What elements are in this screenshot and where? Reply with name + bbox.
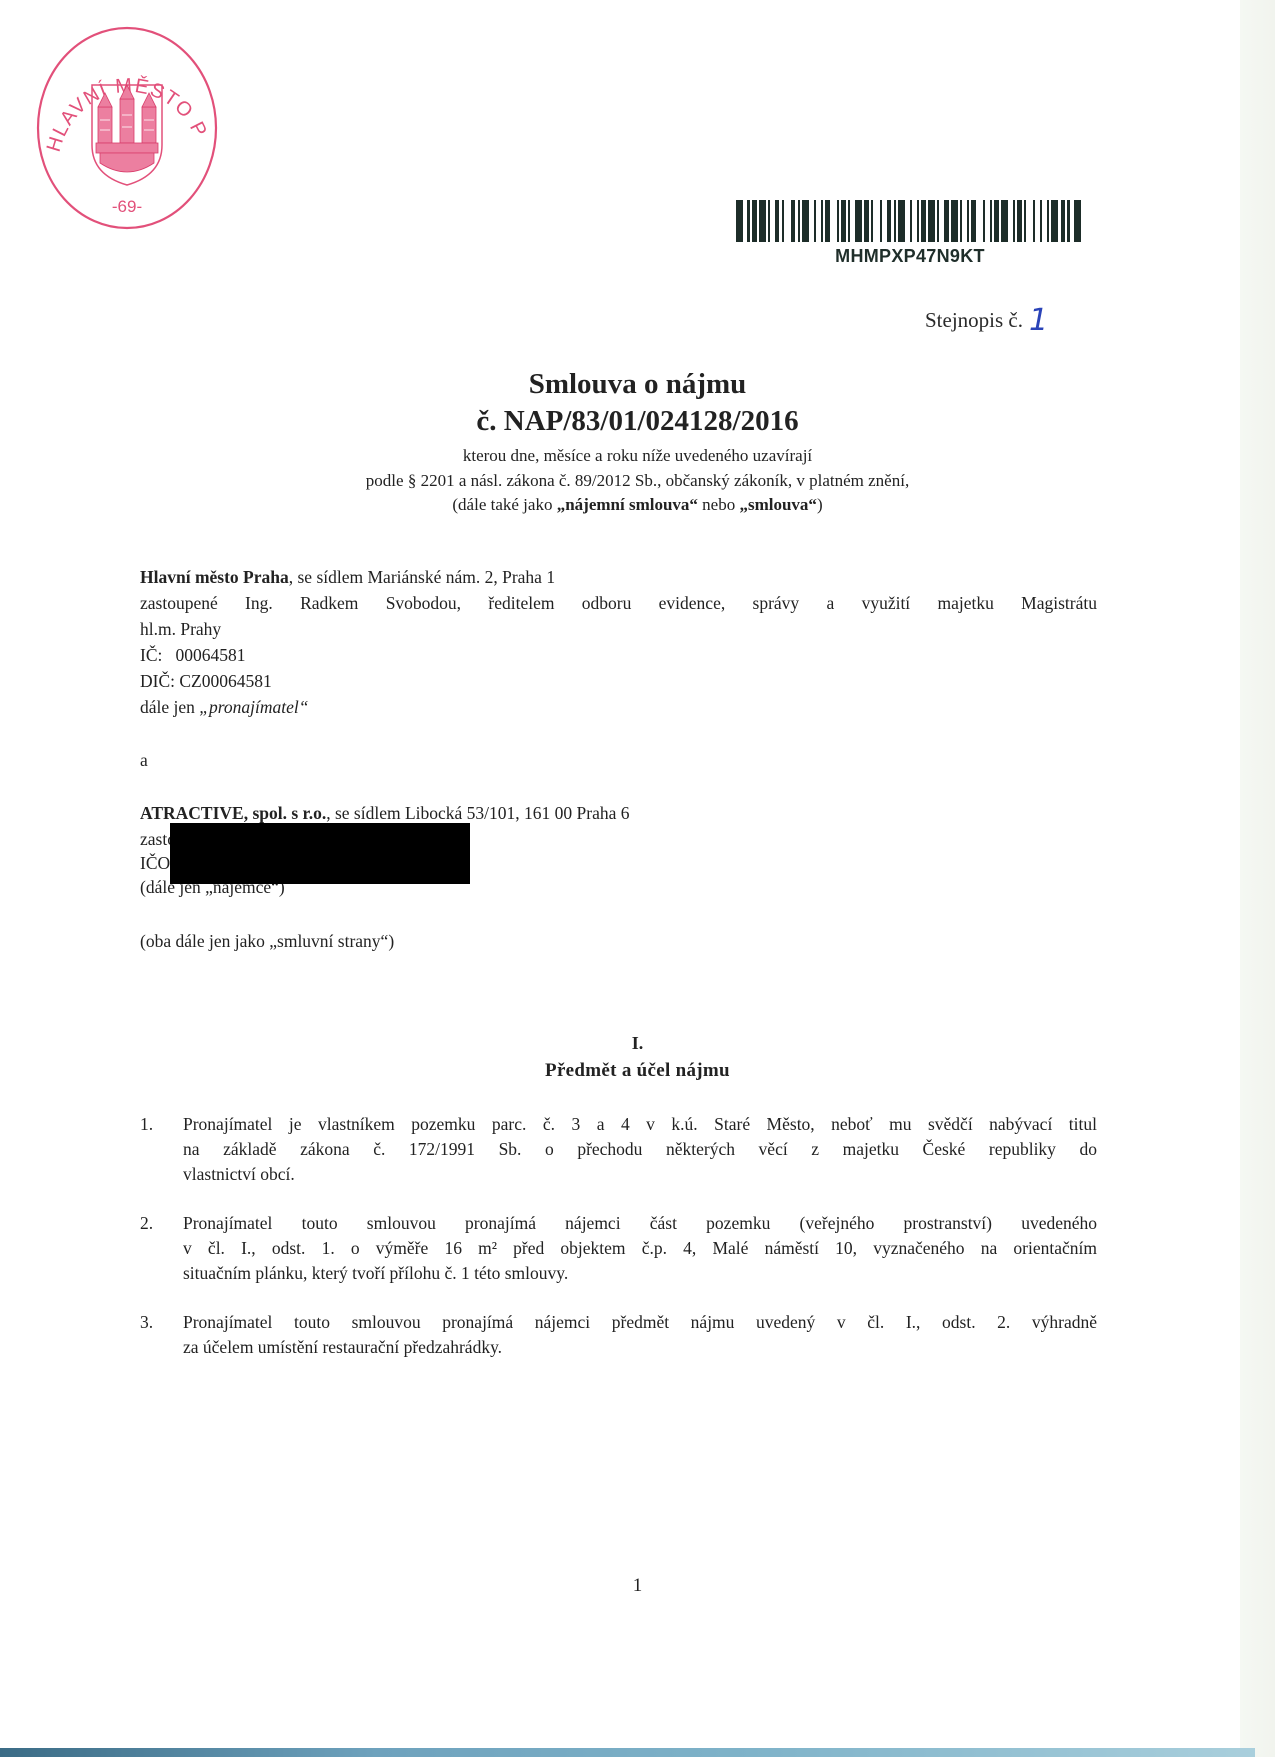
redaction-box <box>170 823 470 884</box>
lessee-name-line: ATRACTIVE, spol. s r.o., se sídlem Liboc… <box>140 803 630 824</box>
lessor-alias: dále jen „pronajímatel“ <box>140 697 309 718</box>
barcode-bar <box>759 200 766 242</box>
lessor-dic: DIČ: CZ00064581 <box>140 671 272 692</box>
item-text-line: situačním plánku, který tvoří přílohu č.… <box>183 1261 1097 1286</box>
stamp-number: -69- <box>112 197 142 216</box>
parties-note: (oba dále jen jako „smluvní strany“) <box>140 931 394 952</box>
document-barcode <box>736 200 1084 242</box>
copy-number: Stejnopis č.1 <box>925 303 1048 338</box>
scan-bottom-band <box>0 1748 1255 1757</box>
lessor-address: , se sídlem Mariánské nám. 2, Praha 1 <box>289 567 555 587</box>
official-stamp: HLAVNÍ MĚSTO PRAHA -69- <box>34 25 220 231</box>
barcode-code: MHMPXP47N9KT <box>736 246 1084 267</box>
item-number: 3. <box>140 1310 153 1335</box>
item-text-line: vlastnictví obcí. <box>183 1162 1097 1187</box>
section-number: I. <box>0 1033 1275 1054</box>
barcode-bar <box>1051 200 1058 242</box>
barcode-bar <box>736 200 743 242</box>
contract-intro-line1: kterou dne, měsíce a roku níže uvedeného… <box>0 446 1275 466</box>
barcode-bar <box>951 200 958 242</box>
contract-title: Smlouva o nájmu <box>0 368 1275 401</box>
copy-label: Stejnopis č. <box>925 308 1023 332</box>
item-text: Pronajímatel je vlastníkem pozemku parc.… <box>183 1112 1097 1187</box>
barcode-bar <box>1081 200 1083 242</box>
barcode-bar <box>855 200 862 242</box>
lessor-ic: IČ: 00064581 <box>140 645 246 666</box>
barcode-bar <box>802 200 809 242</box>
barcode-bar <box>898 200 905 242</box>
item-text-line: Pronajímatel touto smlouvou pronajímá ná… <box>183 1310 1097 1335</box>
lessee-name: ATRACTIVE, spol. s r.o. <box>140 803 326 823</box>
alias-contract: „smlouva“ <box>739 495 816 514</box>
lessor-dic-value: CZ00064581 <box>179 671 271 691</box>
lessor-name: Hlavní město Praha <box>140 567 289 587</box>
scan-edge <box>1240 0 1275 1757</box>
barcode-bar <box>1001 200 1008 242</box>
city-coat-of-arms-stamp-icon: HLAVNÍ MĚSTO PRAHA -69- <box>34 25 220 231</box>
lessor-name-line: Hlavní město Praha, se sídlem Mariánské … <box>140 567 555 588</box>
barcode-bar <box>1074 200 1081 242</box>
section-item: 2.Pronajímatel touto smlouvou pronajímá … <box>140 1211 1097 1286</box>
item-text: Pronajímatel touto smlouvou pronajímá ná… <box>183 1310 1097 1360</box>
item-text-line: Pronajímatel je vlastníkem pozemku parc.… <box>183 1112 1097 1137</box>
contract-intro-line3: (dále také jako „nájemní smlouva“ nebo „… <box>0 495 1275 515</box>
copy-handwritten-number: 1 <box>1029 303 1048 338</box>
conjunction: a <box>140 750 148 771</box>
item-text: Pronajímatel touto smlouvou pronajímá ná… <box>183 1211 1097 1286</box>
contract-intro-line2: podle § 2201 a násl. zákona č. 89/2012 S… <box>0 471 1275 491</box>
item-number: 1. <box>140 1112 153 1137</box>
section-title: Předmět a účel nájmu <box>0 1060 1275 1082</box>
section-item: 3.Pronajímatel touto smlouvou pronajímá … <box>140 1310 1097 1360</box>
barcode-bar <box>1026 200 1033 242</box>
section-item: 1.Pronajímatel je vlastníkem pozemku par… <box>140 1112 1097 1187</box>
lessor-ic-value: 00064581 <box>176 645 246 665</box>
item-text-line: v čl. I., odst. 1. o výměře 16 m² před o… <box>183 1236 1097 1261</box>
item-text-line: za účelem umístění restaurační předzahrá… <box>183 1335 1097 1360</box>
item-text-line: Pronajímatel touto smlouvou pronajímá ná… <box>183 1211 1097 1236</box>
barcode-bar <box>873 200 880 242</box>
item-text-line: na základě zákona č. 172/1991 Sb. o přec… <box>183 1137 1097 1162</box>
barcode-bar <box>976 200 983 242</box>
lessor-representative: zastoupené Ing. Radkem Svobodou, ředitel… <box>140 593 1097 614</box>
alias-lease-contract: „nájemní smlouva“ <box>557 495 698 514</box>
contract-number: č. NAP/83/01/024128/2016 <box>0 405 1275 438</box>
item-number: 2. <box>140 1211 153 1236</box>
barcode-bar <box>928 200 935 242</box>
barcode-bar <box>784 200 791 242</box>
lessee-address: , se sídlem Libocká 53/101, 161 00 Praha… <box>326 803 629 823</box>
lessor-representative-cont: hl.m. Prahy <box>140 619 221 640</box>
barcode-bar <box>830 200 837 242</box>
page-number: 1 <box>0 1575 1275 1597</box>
